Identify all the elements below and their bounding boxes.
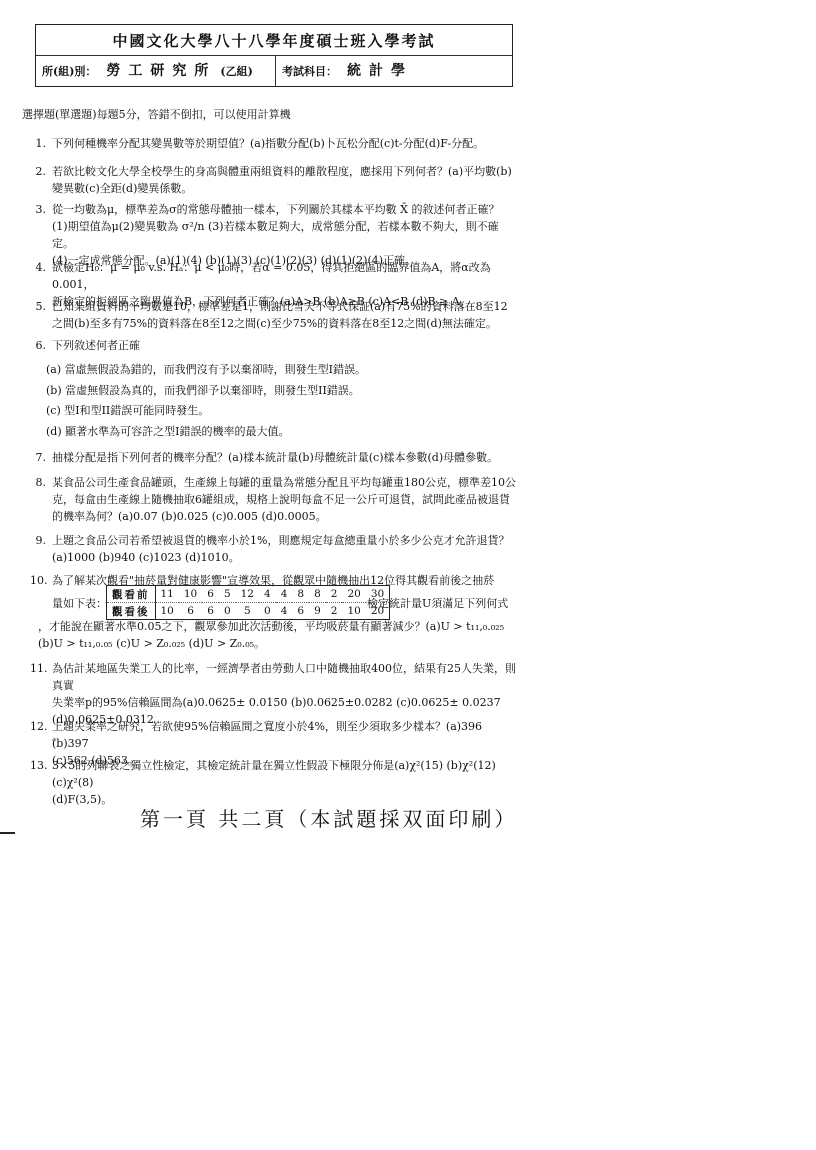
table-cell: 10 [342,603,365,620]
table-cell: 10 [155,603,179,620]
table-cell: 2 [326,586,343,603]
table-cell: 5 [236,603,259,620]
question-number: 3. [30,201,46,218]
question-text: 之間(b)至多有75%的資料落在8至12之間(c)至少75%的資料落在8至12之… [52,315,520,332]
table-cell: 6 [292,603,309,620]
table-cell: 10 [179,586,202,603]
table-cell: 8 [309,586,326,603]
question-6: 6. 下列敘述何者正確 [30,337,520,354]
department-note: (乙組) [220,65,252,78]
table-cell: 4 [259,586,276,603]
header-info-row: 所(組)別：勞工研究所(乙組) 考試科目：統計學 [36,56,512,86]
question-1: 1. 下列何種機率分配其變異數等於期望值？(a)指數分配(b)卜瓦松分配(c)t… [30,135,520,152]
question-6-option-c: (c) 型I和型II錯誤可能同時發生。 [46,402,209,419]
exam-title: 中國文化大學八十八學年度碩士班入學考試 [36,27,512,56]
question-number: 2. [30,163,46,180]
department-label: 所(組)別： [42,65,96,78]
table-cell: 30 [366,586,390,603]
question-number: 5. [30,298,46,315]
question-text: (b)U > t₁₁,₀.₀₅ (c)U > Z₀.₀₂₅ (d)U > Z₀.… [38,635,520,652]
question-13: 13. 3×5的列聯表之獨立性檢定，其檢定統計量在獨立性假設下極限分佈是(a)χ… [30,757,520,808]
table-row-after: 觀看後 10 6 6 0 5 0 4 6 9 2 10 20 [107,603,390,620]
question-number: 12. [30,718,46,735]
question-number: 11. [30,660,46,677]
table-row-before: 觀看前 11 10 6 5 12 4 4 8 8 2 20 30 [107,586,390,603]
question-number: 7. [30,449,46,466]
scan-edge-mark [0,832,15,834]
page-footer-handwritten: 第一頁 共二頁（本試題採双面印刷） [140,803,517,832]
question-5: 5. 已知某組資料的平均數是10，標準差是1，則謝比雪夫不等式保証(a)有75%… [30,298,520,332]
question-text: 變異數(c)全距(d)變異係數。 [52,180,520,197]
question-7: 7. 抽樣分配是指下列何者的機率分配？(a)樣本統計量(b)母體統計量(c)樣本… [30,449,520,466]
table-cell: 4 [276,586,293,603]
question-number: 4. [30,259,46,276]
subject-label: 考試科目： [282,65,337,78]
question-9: 9. 上題之食品公司若希望被退貨的機率小於1%，則應規定每盒總重量小於多少公克才… [30,532,520,566]
question-text: (a)1000 (b)940 (c)1023 (d)1010。 [52,549,520,566]
question-number: 1. [30,135,46,152]
table-cell: 9 [309,603,326,620]
table-cell: 6 [202,586,219,603]
question-text: 克，每盒由生產線上隨機抽取6罐組成，規格上說明每盒不足一公斤可退貨，試問此產品被… [52,491,520,508]
question-text: 某食品公司生產食品罐頭，生產線上每罐的重量為常態分配且平均每罐重180公克，標準… [52,474,520,491]
question-text: 下列敘述何者正確 [52,337,520,354]
question-number: 9. [30,532,46,549]
table-cell: 20 [342,586,365,603]
question-text: 上題之食品公司若希望被退貨的機率小於1%，則應規定每盒總重量小於多少公克才允許退… [52,532,520,549]
table-cell: 4 [276,603,293,620]
question-10-continued: ，才能說在顯著水準0.05之下，觀眾參加此次活動後，平均吸菸量有顯著減少？(a)… [30,618,520,652]
question-2: 2. 若欲比較文化大學全校學生的身高與體重兩組資料的離散程度，應採用下列何者？(… [30,163,520,197]
table-cell: 0 [219,603,236,620]
table-cell: 6 [202,603,219,620]
question-number: 8. [30,474,46,491]
department-cell: 所(組)別：勞工研究所(乙組) [36,56,276,86]
exam-header: 中國文化大學八十八學年度碩士班入學考試 所(組)別：勞工研究所(乙組) 考試科目… [35,24,513,87]
question-number: 10. [30,572,46,589]
question-text: 從一均數為μ，標準差為σ的常態母體抽一樣本，下列關於其樣本平均數 X̄ 的敘述何… [52,201,520,218]
question-text: 欲檢定H₀：μ = μ₀ v.s. Hₐ：μ < μ₀時，若α = 0.05，得… [52,259,520,293]
department-value: 勞工研究所 [106,63,216,79]
question-text: ，才能說在顯著水準0.05之下，觀眾參加此次活動後，平均吸菸量有顯著減少？(a)… [38,618,520,635]
question-8: 8. 某食品公司生產食品罐頭，生產線上每罐的重量為常態分配且平均每罐重180公克… [30,474,520,525]
question-number: 6. [30,337,46,354]
table-cell: 20 [366,603,390,620]
question-text: 抽樣分配是指下列何者的機率分配？(a)樣本統計量(b)母體統計量(c)樣本參數(… [52,449,520,466]
question-text: (1)期望值為μ(2)變異數為 σ²/n (3)若樣本數足夠大，成常態分配，若樣… [52,218,520,252]
question-text: 下列何種機率分配其變異數等於期望值？(a)指數分配(b)卜瓦松分配(c)t-分配… [52,135,520,152]
smoking-observation-table: 觀看前 11 10 6 5 12 4 4 8 8 2 20 30 觀看後 10 … [106,585,390,620]
question-6-option-a: (a) 當虛無假設為錯的，而我們沒有予以棄卻時，則發生型I錯誤。 [46,361,366,378]
question-text: 已知某組資料的平均數是10，標準差是1，則謝比雪夫不等式保証(a)有75%的資料… [52,298,520,315]
table-cell: 8 [292,586,309,603]
subject-value: 統計學 [347,63,413,79]
table-cell: 6 [179,603,202,620]
question-text: 上題失業率之研究，若欲使95%信賴區間之寬度小於4%，則至少須取多少樣本？(a)… [52,718,520,752]
question-6-option-b: (b) 當虛無假設為真的，而我們卻予以棄卻時，則發生型II錯誤。 [46,382,360,399]
row-label: 觀看後 [107,603,156,620]
question-text: 量如下表： [52,595,107,612]
question-text: 的機率為何？(a)0.07 (b)0.025 (c)0.005 (d)0.000… [52,508,520,525]
table-cell: 5 [219,586,236,603]
question-number: 13. [30,757,46,774]
table-cell: 11 [155,586,179,603]
question-text: 為估計某地區失業工人的比率，一經濟學者由勞動人口中隨機抽取400位，結果有25人… [52,660,520,694]
table-cell: 0 [259,603,276,620]
question-6-option-d: (d) 顯著水準為可容許之型I錯誤的機率的最大值。 [46,423,289,440]
question-text: 若欲比較文化大學全校學生的身高與體重兩組資料的離散程度，應採用下列何者？(a)平… [52,163,520,180]
question-text: 3×5的列聯表之獨立性檢定，其檢定統計量在獨立性假設下極限分佈是(a)χ²(15… [52,757,520,791]
table-cell: 2 [326,603,343,620]
table-cell: 12 [236,586,259,603]
subject-cell: 考試科目：統計學 [276,56,413,86]
instructions: 選擇題(單選題)每題5分，答錯不倒扣，可以使用計算機 [22,106,291,122]
row-label: 觀看前 [107,586,156,603]
